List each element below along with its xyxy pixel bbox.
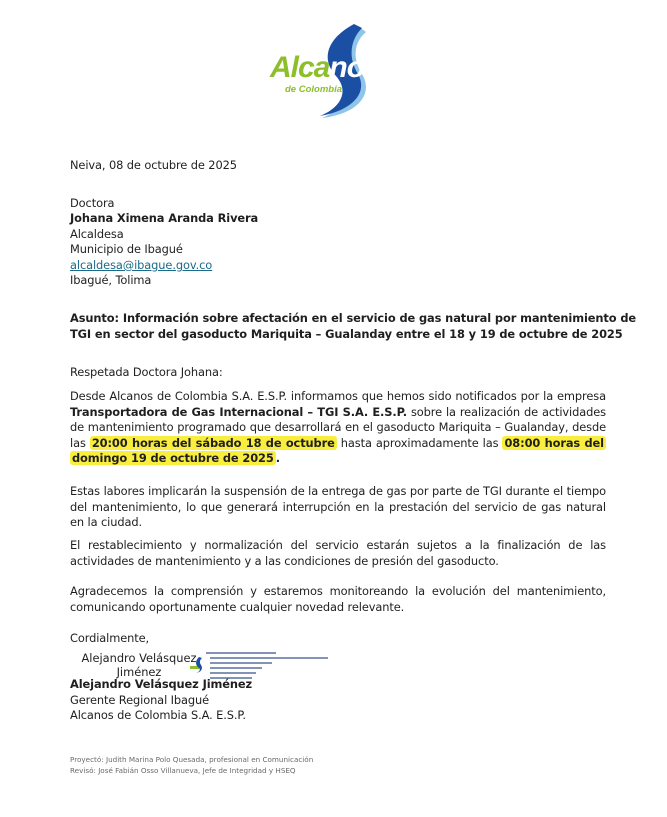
signature-line-1: Alejandro Velásquez [79, 651, 199, 665]
p1-company: Transportadora de Gas Internacional – TG… [70, 405, 407, 419]
salutation: Respetada Doctora Johana: [70, 365, 223, 381]
signer-company: Alcanos de Colombia S.A. E.S.P. [70, 708, 246, 724]
recipient-entity: Municipio de Ibagué [70, 242, 183, 258]
alcanos-logo: Alcanos de Colombia [262, 18, 402, 120]
recipient-city: Ibagué, Tolima [70, 273, 151, 289]
logo-subtitle: de Colombia [285, 84, 342, 95]
p1-highlight-start: 20:00 horas del sábado 18 de octubre [90, 436, 337, 450]
logo-text-white: nos [329, 51, 379, 84]
subject-line-2: TGI en sector del gasoducto Mariquita – … [70, 327, 623, 343]
body-paragraph-4: Agradecemos la comprensión y estaremos m… [70, 584, 606, 615]
body-paragraph-3: El restablecimiento y normalización del … [70, 538, 606, 569]
body-paragraph-1: Desde Alcanos de Colombia S.A. E.S.P. in… [70, 389, 606, 467]
place-date: Neiva, 08 de octubre de 2025 [70, 158, 237, 174]
p1-text-1: Desde Alcanos de Colombia S.A. E.S.P. in… [70, 389, 606, 403]
p1-period: . [276, 451, 280, 465]
logo-wordmark: Alcanos [270, 53, 380, 83]
footer-projected: Proyectó: Judith Marina Polo Quesada, pr… [70, 754, 313, 765]
footer-reviewed: Revisó: José Fabián Osso Villanueva, Jef… [70, 765, 296, 776]
recipient-email-link[interactable]: alcaldesa@ibague.gov.co [70, 258, 212, 274]
signer-role: Gerente Regional Ibagué [70, 693, 209, 709]
recipient-name: Johana Ximena Aranda Rivera [70, 211, 258, 227]
digital-signature-name: Alejandro Velásquez Jiménez [79, 651, 199, 679]
subject-text-1: Información sobre afectación en el servi… [123, 311, 636, 325]
body-paragraph-2: Estas labores implicarán la suspensión d… [70, 484, 606, 531]
closing: Cordialmente, [70, 631, 149, 647]
signer-name: Alejandro Velásquez Jiménez [70, 677, 252, 693]
mini-logo-icon [190, 657, 204, 673]
recipient-position: Alcaldesa [70, 227, 124, 243]
logo-text-green: Alca [270, 51, 329, 84]
recipient-title: Doctora [70, 196, 114, 212]
p1-text-3: hasta aproximadamente las [337, 436, 503, 450]
subject-line-1: Asunto: Información sobre afectación en … [70, 311, 636, 327]
subject-label: Asunto: [70, 311, 119, 325]
